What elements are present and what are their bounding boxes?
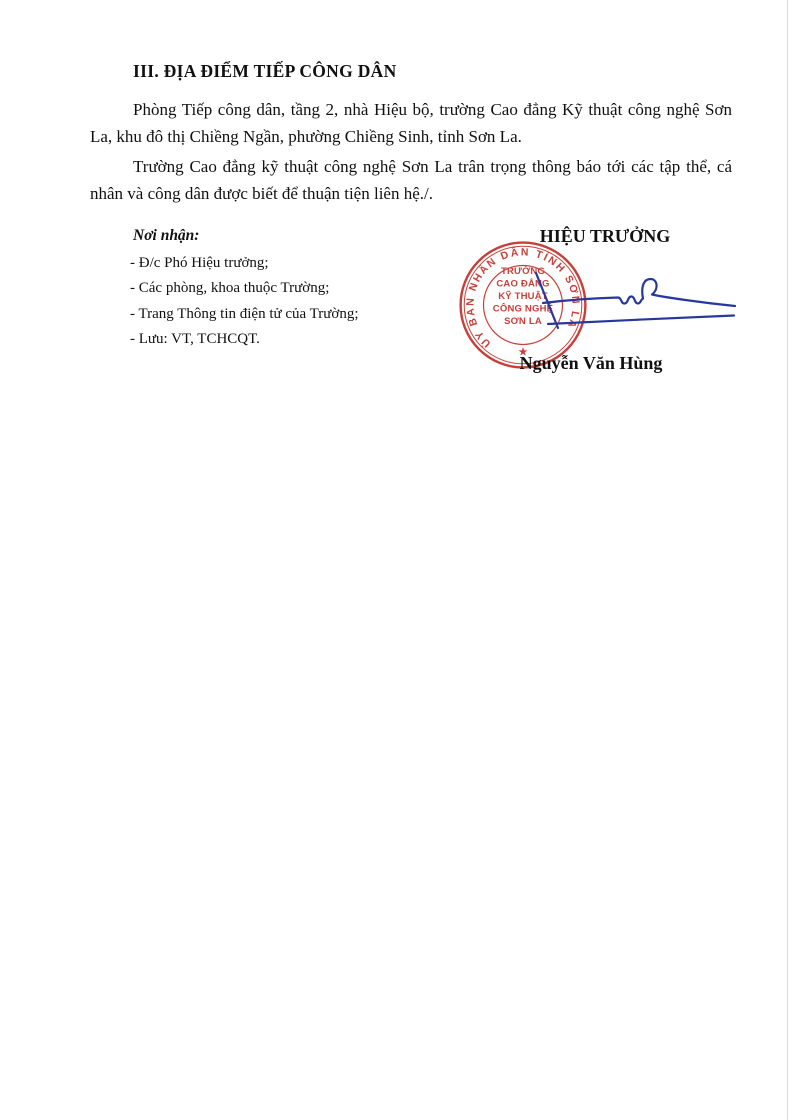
seal-star-icon: ★ (519, 347, 528, 358)
recipient-item: - Các phòng, khoa thuộc Trường; (130, 276, 460, 301)
body-paragraph-1: Phòng Tiếp công dân, tầng 2, nhà Hiệu bộ… (90, 96, 732, 150)
page-edge-line (787, 0, 788, 1120)
recipient-item: - Lưu: VT, TCHCQT. (130, 327, 460, 352)
recipient-item: - Đ/c Phó Hiệu trưởng; (130, 251, 460, 276)
recipients-heading: Nơi nhận: (133, 227, 460, 245)
section-heading: III. ĐỊA ĐIỂM TIẾP CÔNG DÂN (133, 61, 397, 82)
signature-underline-stroke (548, 316, 734, 325)
recipient-item: - Trang Thông tin điện tử của Trường; (130, 302, 460, 327)
document-page: III. ĐỊA ĐIỂM TIẾP CÔNG DÂN Phòng Tiếp c… (0, 0, 794, 1120)
body-paragraph-2: Trường Cao đẳng kỹ thuật công nghệ Sơn L… (90, 153, 732, 207)
signature-diagonal-stroke (536, 273, 558, 328)
signature-main-stroke (543, 279, 735, 306)
recipients-block: Nơi nhận: - Đ/c Phó Hiệu trưởng; - Các p… (130, 227, 460, 352)
handwritten-signature (450, 240, 750, 345)
